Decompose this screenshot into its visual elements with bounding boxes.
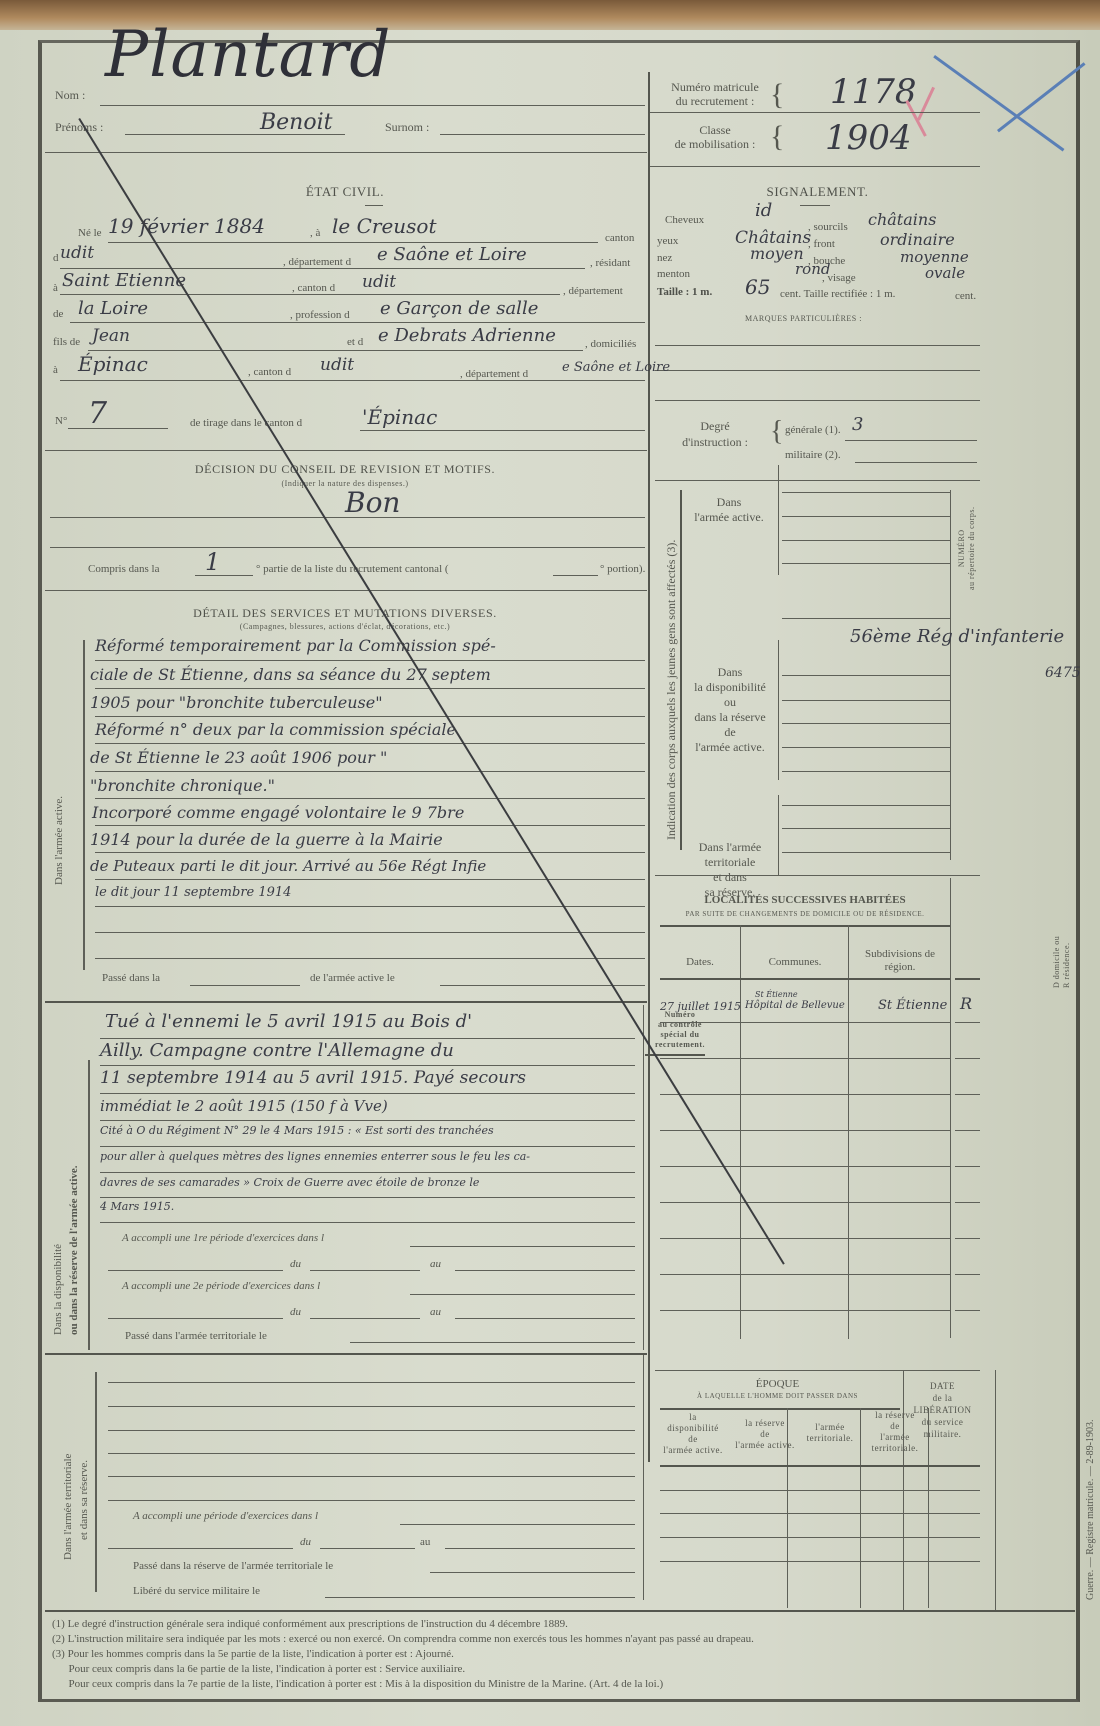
corps-active-label: Dansl'armée active. — [684, 495, 774, 525]
imprint: Guerre. — Registre matricule. — 2-89-190… — [1085, 1419, 1096, 1600]
date-liberation-label: DATEde laLIBÉRATIONdu servicemilitaire. — [905, 1380, 980, 1440]
corps-disponibilite-value: 56ème Rég d'infanterie — [850, 626, 1064, 647]
decision-value: Bon — [345, 486, 400, 519]
mere-value: e Debrats Adrienne — [378, 325, 556, 346]
corps-territoriale-label: Dans l'arméeterritorialeet danssa réserv… — [684, 840, 776, 900]
services-dispo-side-label: Dans la disponibilité — [52, 1244, 64, 1335]
services-active-side-label: Dans l'armée active. — [53, 796, 65, 885]
matricule-value: 1178 — [830, 72, 917, 112]
instruction-label: Degréd'instruction : — [660, 418, 770, 450]
services-terr-side-label: Dans l'armée territoriale — [62, 1454, 74, 1560]
etat-civil-title: ÉTAT CIVIL. — [45, 184, 645, 200]
sourcils-value: châtains — [868, 210, 936, 229]
signalement-title: SIGNALEMENT. — [655, 184, 980, 200]
epoque-title: ÉPOQUE — [655, 1378, 900, 1390]
visage-value: ovale — [925, 264, 965, 282]
domicile-value: Épinac — [78, 352, 148, 376]
classe-value: 1904 — [825, 118, 912, 158]
nom-value: Plantard — [105, 18, 391, 92]
taille-value: 65 — [745, 275, 770, 299]
decision-title: DÉCISION DU CONSEIL DE REVISION ET MOTIF… — [45, 462, 645, 477]
domicile-canton-value: udit — [320, 355, 354, 375]
localite-type: R — [960, 994, 972, 1013]
cheveux-value: id — [755, 200, 772, 221]
prenoms-label: Prénoms : — [55, 120, 103, 135]
front-value: ordinaire — [880, 230, 955, 249]
corps-side-label: Indication des corps auxquels les jeunes… — [664, 540, 679, 840]
domicile-departement-value: e Saône et Loire — [562, 360, 670, 375]
prenoms-value: Benoit — [260, 110, 332, 135]
services-title: DÉTAIL DES SERVICES ET MUTATIONS DIVERSE… — [45, 606, 645, 621]
localites-title: LOCALITÉS SUCCESSIVES HABITÉES — [655, 894, 955, 906]
classe-label: Classede mobilisation : — [655, 123, 775, 151]
naissance-departement-value: e Saône et Loire — [377, 244, 527, 265]
residence-value: Saint Etienne — [62, 270, 186, 291]
tirage-numero-value: 7 — [88, 396, 107, 431]
corps-disponibilite-label: Dansla disponibilitéoudans la réservedel… — [684, 665, 776, 755]
profession-value: e Garçon de salle — [380, 298, 538, 319]
numero-repertoire-label: NUMÉROau répertoire du corps. — [957, 507, 977, 590]
residence-departement-value: la Loire — [78, 298, 148, 319]
naissance-date-value: 19 février 1884 — [108, 214, 265, 238]
naissance-lieu-value: le Creusot — [332, 214, 437, 238]
controle-label: Numéroau contrôlespécial durecrutement. — [645, 1010, 715, 1050]
marques-label: MARQUES PARTICULIÈRES : — [745, 314, 862, 323]
nom-label: Nom : — [55, 88, 85, 103]
compris-partie-value: 1 — [205, 548, 220, 576]
instruction-generale-value: 3 — [852, 414, 863, 435]
localite-commune: Hôpital de Bellevue — [745, 1000, 845, 1011]
surnom-label: Surnom : — [385, 120, 429, 135]
localite-subdivision: St Étienne — [878, 998, 947, 1013]
naissance-canton-value: udit — [60, 243, 94, 263]
pere-value: Jean — [92, 326, 130, 346]
matricule-label: Numéro matriculedu recrutement : — [655, 80, 775, 108]
tirage-canton-value: 'Épinac — [362, 405, 437, 429]
corps-disponibilite-numero: 6475 — [1045, 665, 1081, 681]
residence-canton-value: udit — [362, 272, 396, 292]
